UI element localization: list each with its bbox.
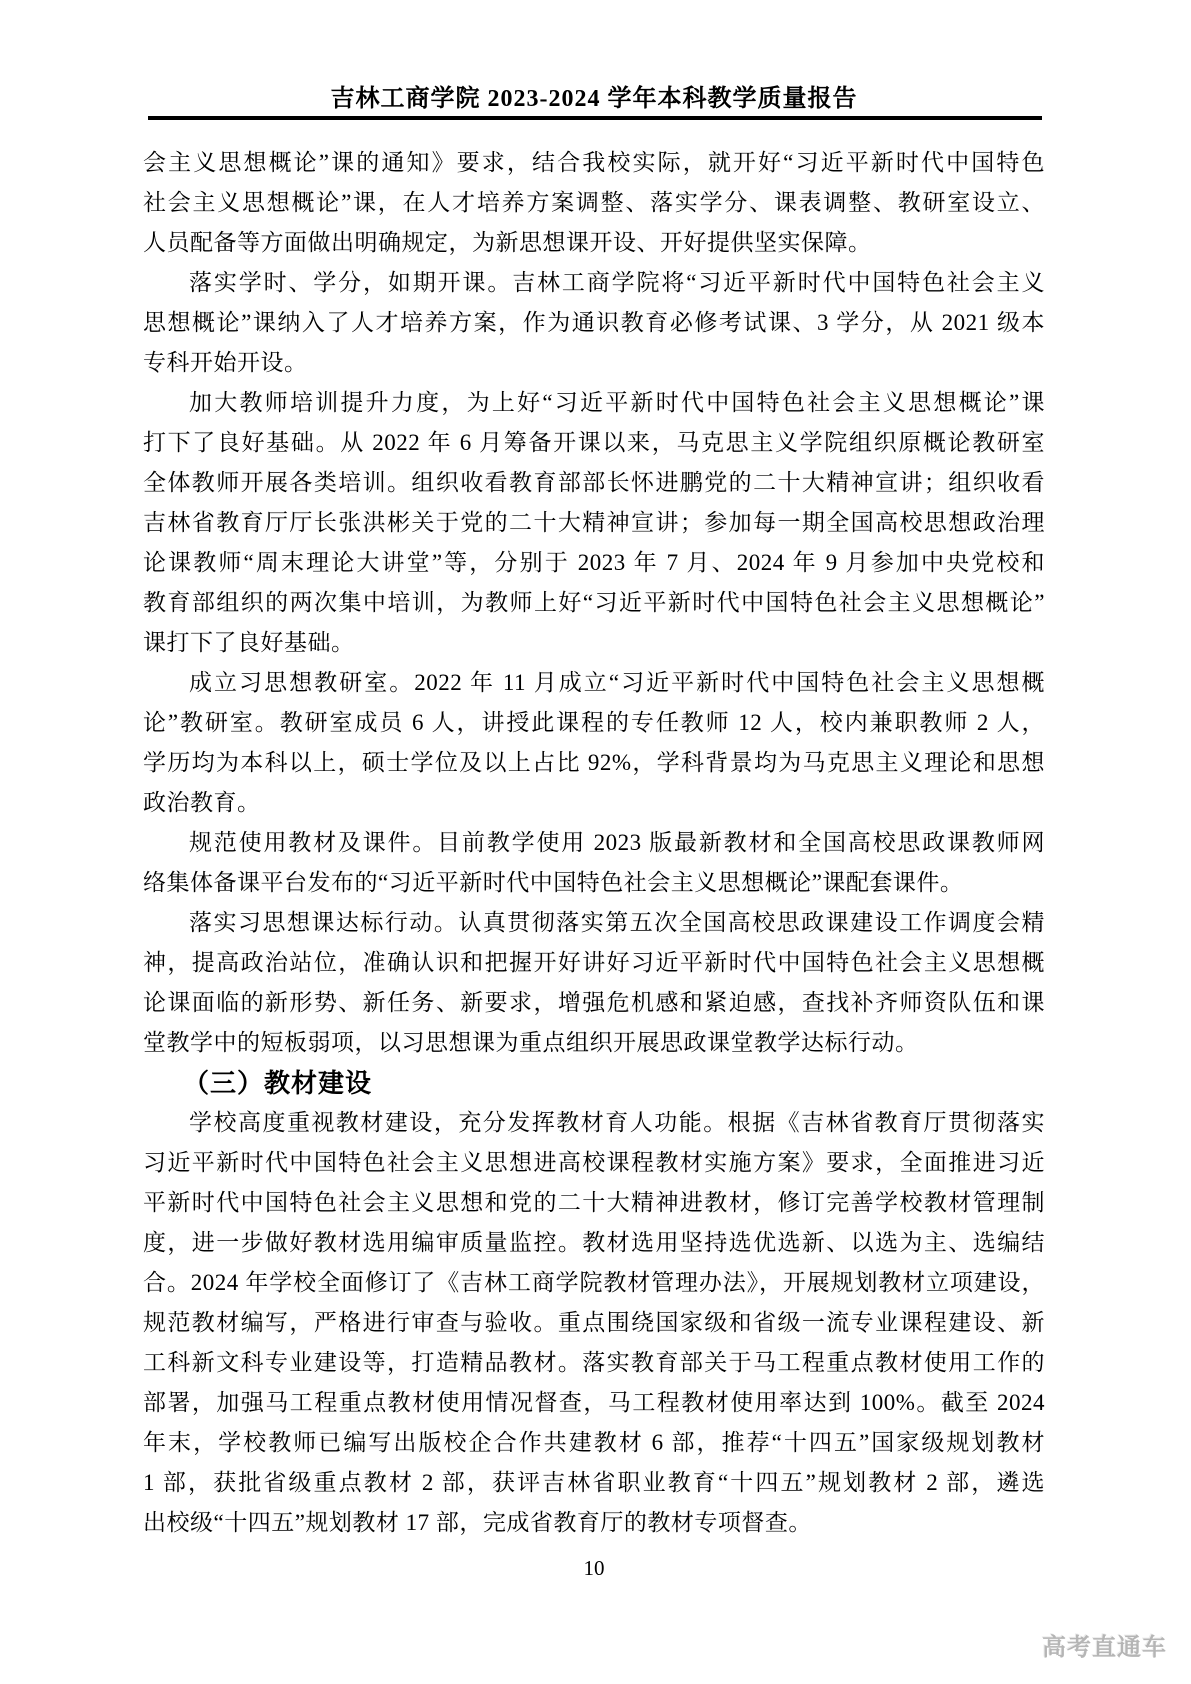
text-line: 工科新文科专业建设等，打造精品教材。落实教育部关于马工程重点教材使用工作的 [143, 1343, 1045, 1383]
text-line: 1 部，获批省级重点教材 2 部，获评吉林省职业教育“十四五”规划教材 2 部，… [143, 1463, 1045, 1503]
page-number: 10 [143, 1556, 1045, 1581]
text-line: 人员配备等方面做出明确规定，为新思想课开设、开好提供坚实保障。 [143, 223, 1045, 263]
document-body: 会主义思想概论”课的通知》要求，结合我校实际，就开好“习近平新时代中国特色社会主… [143, 143, 1045, 1543]
text-line: 专科开始开设。 [143, 343, 1045, 383]
text-line: 合。2024 年学校全面修订了《吉林工商学院教材管理办法》，开展规划教材立项建设… [143, 1263, 1045, 1303]
page-header-title: 吉林工商学院 2023-2024 学年本科教学质量报告 [143, 78, 1045, 113]
text-line: 规范使用教材及课件。目前教学使用 2023 版最新教材和全国高校思政课教师网 [143, 823, 1045, 863]
text-line: 习近平新时代中国特色社会主义思想进高校课程教材实施方案》要求，全面推进习近 [143, 1143, 1045, 1183]
text-line: 论课面临的新形势、新任务、新要求，增强危机感和紧迫感，查找补齐师资队伍和课 [143, 983, 1045, 1023]
text-line: 吉林省教育厅厅长张洪彬关于党的二十大精神宣讲；参加每一期全国高校思想政治理 [143, 503, 1045, 543]
header-rule [148, 116, 1042, 120]
text-line: 学历均为本科以上，硕士学位及以上占比 92%，学科背景均为马克思主义理论和思想 [143, 743, 1045, 783]
document-page: 吉林工商学院 2023-2024 学年本科教学质量报告 会主义思想概论”课的通知… [0, 0, 1191, 1684]
text-line: 落实学时、学分，如期开课。吉林工商学院将“习近平新时代中国特色社会主义 [143, 263, 1045, 303]
watermark-text: 高考直通车 [1042, 1627, 1167, 1662]
text-line: 神，提高政治站位，准确认识和把握开好讲好习近平新时代中国特色社会主义思想概 [143, 943, 1045, 983]
text-line: 社会主义思想概论”课，在人才培养方案调整、落实学分、课表调整、教研室设立、 [143, 183, 1045, 223]
text-line: 年末，学校教师已编写出版校企合作共建教材 6 部，推荐“十四五”国家级规划教材 [143, 1423, 1045, 1463]
text-line: 堂教学中的短板弱项，以习思想课为重点组织开展思政课堂教学达标行动。 [143, 1023, 1045, 1063]
text-line: 部署，加强马工程重点教材使用情况督查，马工程教材使用率达到 100%。截至 20… [143, 1383, 1045, 1423]
section-heading: （三）教材建设 [143, 1063, 1045, 1103]
text-line: 落实习思想课达标行动。认真贯彻落实第五次全国高校思政课建设工作调度会精 [143, 903, 1045, 943]
text-line: 教育部组织的两次集中培训，为教师上好“习近平新时代中国特色社会主义思想概论” [143, 583, 1045, 623]
text-line: 成立习思想教研室。2022 年 11 月成立“习近平新时代中国特色社会主义思想概 [143, 663, 1045, 703]
text-line: 课打下了良好基础。 [143, 623, 1045, 663]
text-line: 出校级“十四五”规划教材 17 部，完成省教育厅的教材专项督查。 [143, 1503, 1045, 1543]
text-line: 规范教材编写，严格进行审查与验收。重点围绕国家级和省级一流专业课程建设、新 [143, 1303, 1045, 1343]
text-line: 度，进一步做好教材选用编审质量监控。教材选用坚持选优选新、以选为主、选编结 [143, 1223, 1045, 1263]
text-line: 论”教研室。教研室成员 6 人，讲授此课程的专任教师 12 人，校内兼职教师 2… [143, 703, 1045, 743]
text-line: 络集体备课平台发布的“习近平新时代中国特色社会主义思想概论”课配套课件。 [143, 863, 1045, 903]
text-line: 平新时代中国特色社会主义思想和党的二十大精神进教材，修订完善学校教材管理制 [143, 1183, 1045, 1223]
text-line: 加大教师培训提升力度，为上好“习近平新时代中国特色社会主义思想概论”课 [143, 383, 1045, 423]
text-line: 会主义思想概论”课的通知》要求，结合我校实际，就开好“习近平新时代中国特色 [143, 143, 1045, 183]
text-line: 政治教育。 [143, 783, 1045, 823]
text-line: 思想概论”课纳入了人才培养方案，作为通识教育必修考试课、3 学分，从 2021 … [143, 303, 1045, 343]
text-line: 打下了良好基础。从 2022 年 6 月筹备开课以来，马克思主义学院组织原概论教… [143, 423, 1045, 463]
text-line: 全体教师开展各类培训。组织收看教育部部长怀进鹏党的二十大精神宣讲；组织收看 [143, 463, 1045, 503]
text-line: 学校高度重视教材建设，充分发挥教材育人功能。根据《吉林省教育厅贯彻落实 [143, 1103, 1045, 1143]
text-line: 论课教师“周末理论大讲堂”等，分别于 2023 年 7 月、2024 年 9 月… [143, 543, 1045, 583]
